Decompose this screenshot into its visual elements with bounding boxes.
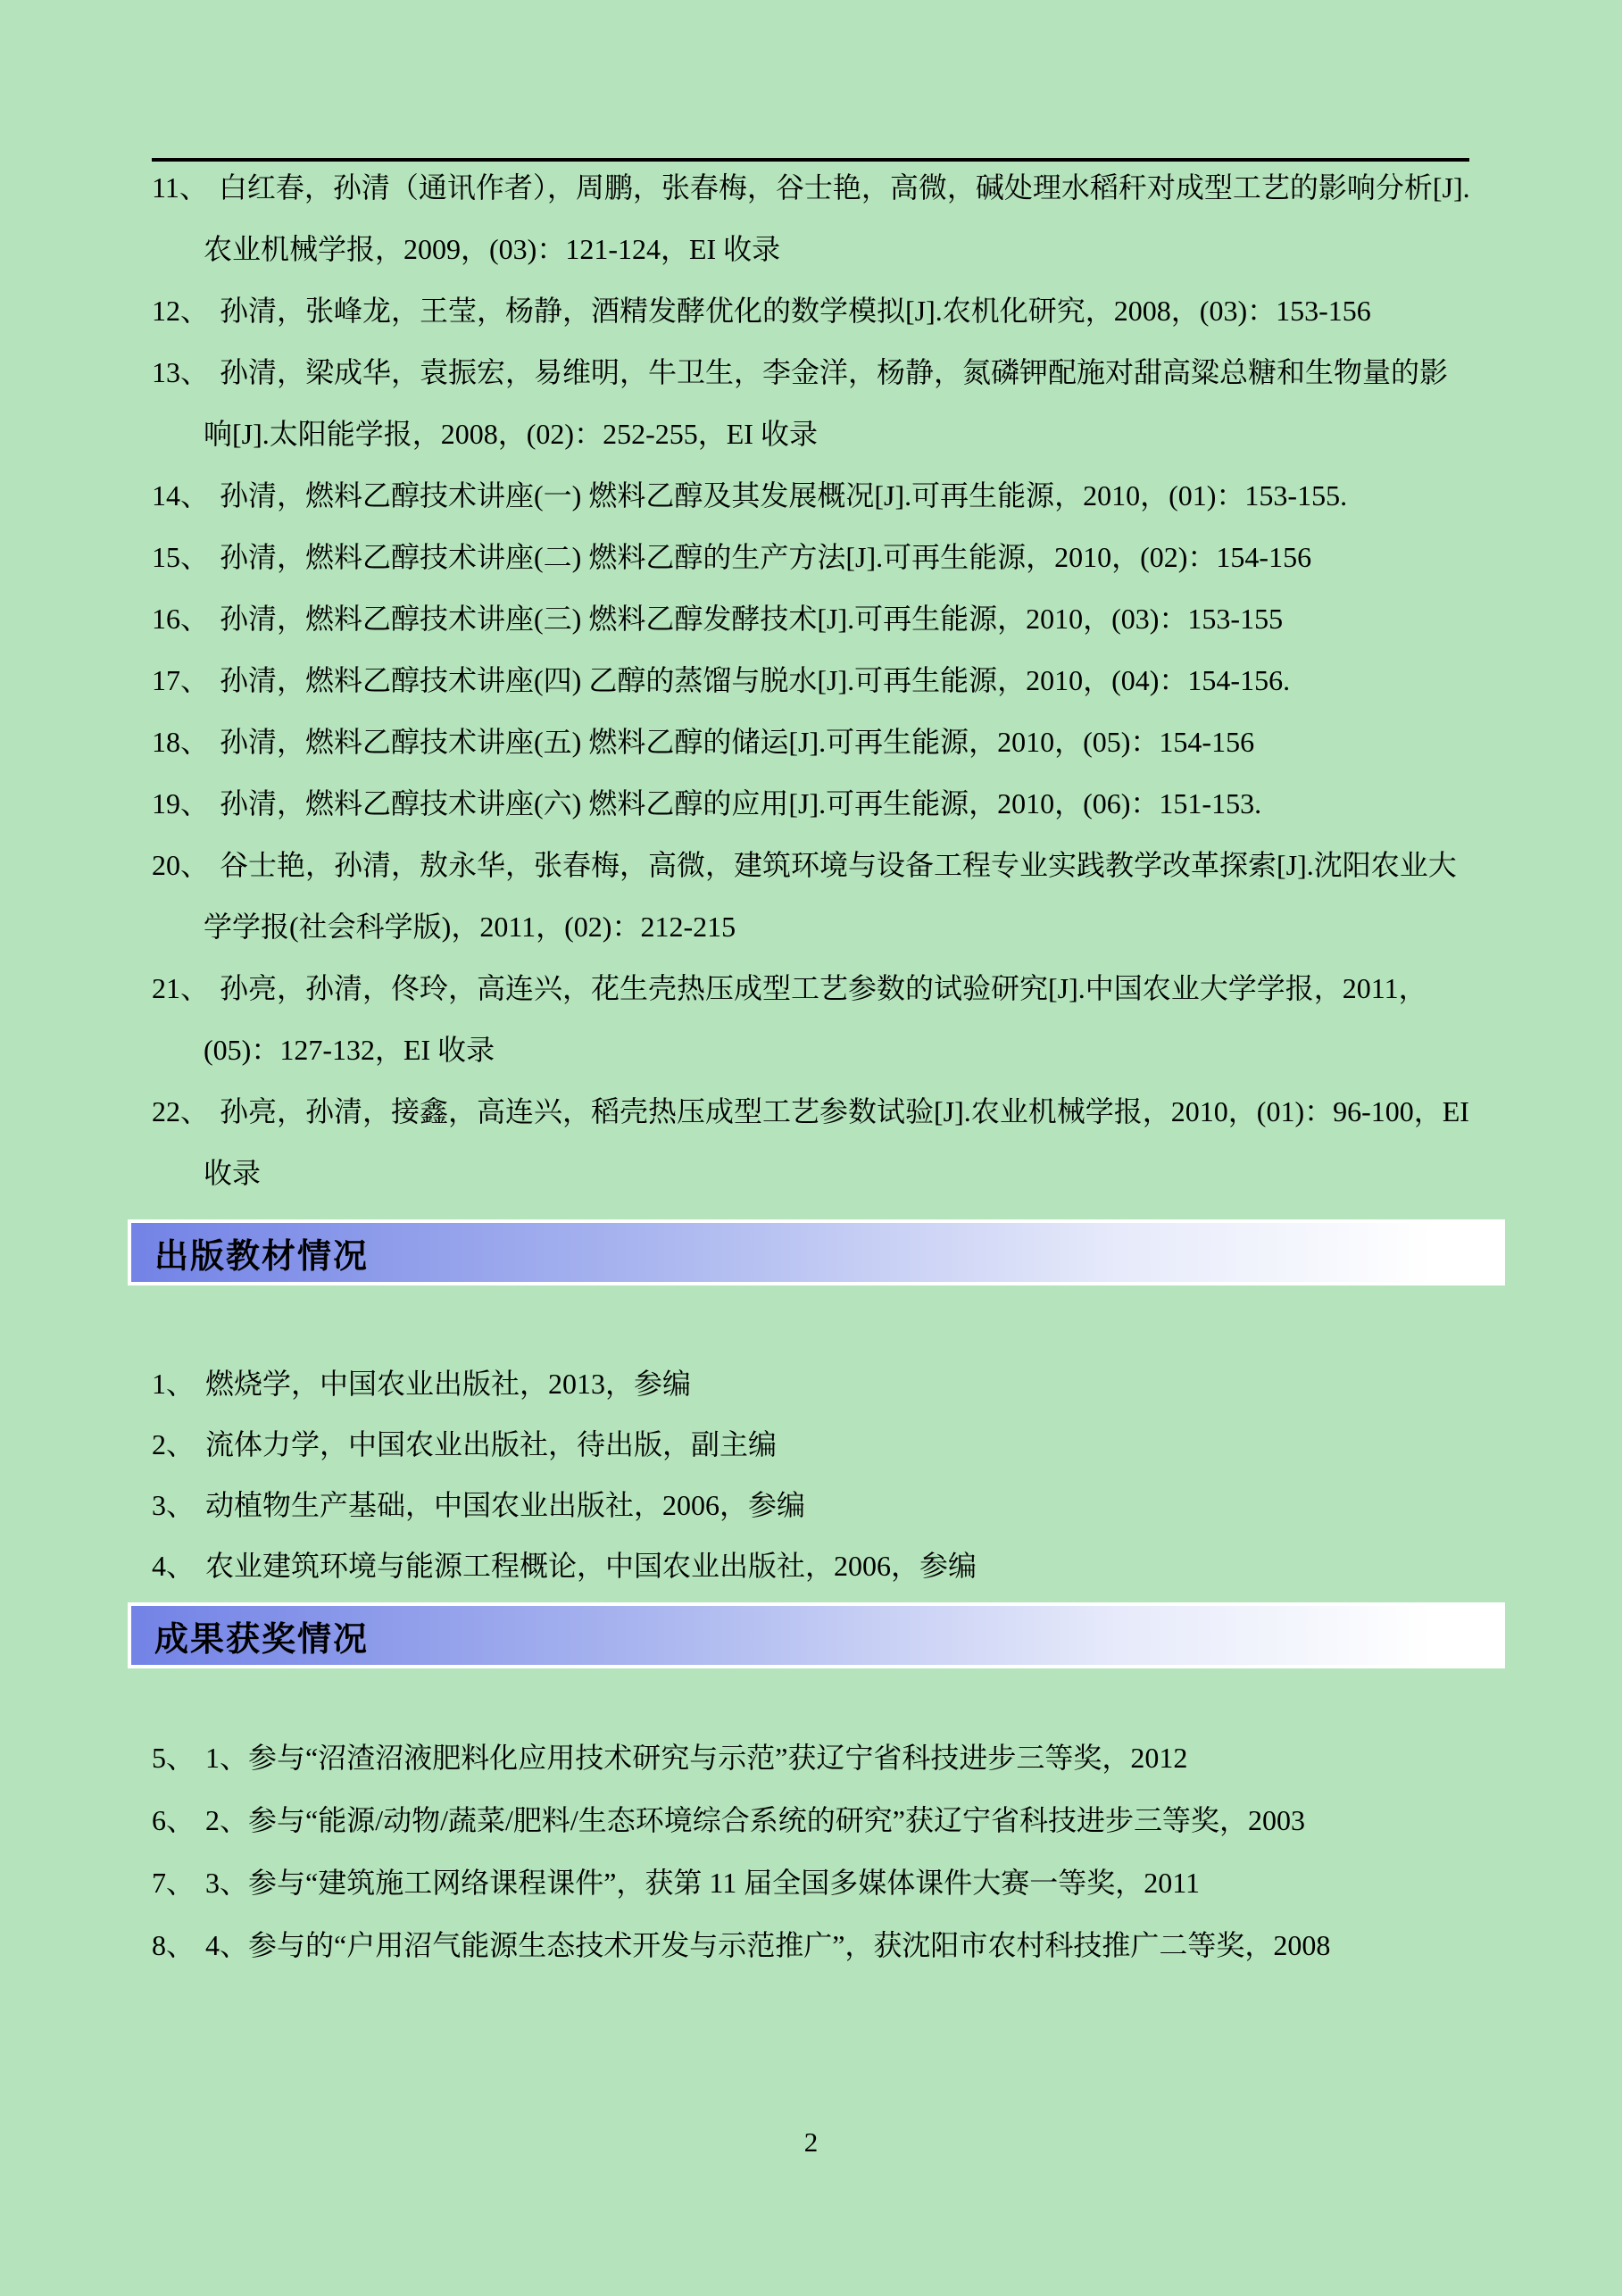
item-number: 19、 <box>152 787 209 819</box>
item-text: 农业建筑环境与能源工程概论，中国农业出版社，2006，参编 <box>205 1550 977 1582</box>
item-text: 孙清，燃料乙醇技术讲座(五) 燃料乙醇的储运[J].可再生能源，2010，(05… <box>220 726 1254 758</box>
item-text: 谷士艳，孙清，敖永华，张春梅，高微，建筑环境与设备工程专业实践教学改革探索[J]… <box>204 849 1457 943</box>
publication-item: 13、孙清，梁成华，袁振宏，易维明，牛卫生，李金洋，杨静，氮磷钾配施对甜高粱总糖… <box>152 342 1476 465</box>
item-text: 1、参与“沼渣沼液肥料化应用技术研究与示范”获辽宁省科技进步三等奖，2012 <box>205 1742 1187 1774</box>
item-text: 2、参与“能源/动物/蔬菜/肥料/生态环境综合系统的研究”获辽宁省科技进步三等奖… <box>205 1804 1305 1836</box>
section-title-awards: 成果获奖情况 <box>131 1611 369 1660</box>
item-text: 动植物生产基础，中国农业出版社，2006，参编 <box>205 1489 805 1521</box>
section-header-textbooks: 出版教材情况 <box>128 1219 1505 1285</box>
textbooks-list: 1、燃烧学，中国农业出版社，2013，参编2、流体力学，中国农业出版社，待出版，… <box>152 1353 1476 1596</box>
publication-item: 11、白红春，孙清（通讯作者），周鹏，张春梅，谷士艳，高微，碱处理水稻秆对成型工… <box>152 157 1476 280</box>
item-text: 孙亮，孙清，接鑫，高连兴，稻壳热压成型工艺参数试验[J].农业机械学报，2010… <box>204 1095 1469 1189</box>
item-text: 孙清，燃料乙醇技术讲座(四) 乙醇的蒸馏与脱水[J].可再生能源，2010，(0… <box>220 664 1290 696</box>
publication-item: 18、孙清，燃料乙醇技术讲座(五) 燃料乙醇的储运[J].可再生能源，2010，… <box>152 711 1476 773</box>
item-text: 3、参与“建筑施工网络课程课件”，获第 11 届全国多媒体课件大赛一等奖，201… <box>205 1867 1200 1899</box>
textbook-item: 3、动植物生产基础，中国农业出版社，2006，参编 <box>152 1475 1476 1535</box>
item-number: 20、 <box>152 849 209 881</box>
textbook-item: 2、流体力学，中国农业出版社，待出版，副主编 <box>152 1414 1476 1475</box>
page-number: 2 <box>0 2126 1622 2159</box>
item-number: 4、 <box>152 1550 195 1582</box>
publication-item: 22、孙亮，孙清，接鑫，高连兴，稻壳热压成型工艺参数试验[J].农业机械学报，2… <box>152 1081 1476 1204</box>
item-text: 白红春，孙清（通讯作者），周鹏，张春梅，谷士艳，高微，碱处理水稻秆对成型工艺的影… <box>204 171 1470 265</box>
publication-item: 12、孙清，张峰龙，王莹，杨静，酒精发酵优化的数学模拟[J].农机化研究，200… <box>152 280 1476 342</box>
item-number: 2、 <box>152 1428 195 1460</box>
item-text: 燃烧学，中国农业出版社，2013，参编 <box>205 1368 691 1400</box>
publication-item: 17、孙清，燃料乙醇技术讲座(四) 乙醇的蒸馏与脱水[J].可再生能源，2010… <box>152 650 1476 711</box>
item-text: 孙清，张峰龙，王莹，杨静，酒精发酵优化的数学模拟[J].农机化研究，2008，(… <box>220 295 1371 327</box>
item-number: 1、 <box>152 1368 195 1400</box>
item-text: 孙亮，孙清，佟玲，高连兴，花生壳热压成型工艺参数的试验研究[J].中国农业大学学… <box>204 972 1427 1066</box>
item-number: 8、 <box>152 1929 195 1961</box>
publications-list: 11、白红春，孙清（通讯作者），周鹏，张春梅，谷士艳，高微，碱处理水稻秆对成型工… <box>152 157 1476 1204</box>
item-number: 16、 <box>152 603 209 635</box>
item-number: 3、 <box>152 1489 195 1521</box>
item-number: 22、 <box>152 1095 209 1127</box>
textbook-item: 1、燃烧学，中国农业出版社，2013，参编 <box>152 1353 1476 1414</box>
document-page: 11、白红春，孙清（通讯作者），周鹏，张春梅，谷士艳，高微，碱处理水稻秆对成型工… <box>0 0 1622 2296</box>
award-item: 8、4、参与的“户用沼气能源生态技术开发与示范推广”，获沈阳市农村科技推广二等奖… <box>152 1914 1476 1976</box>
awards-list: 5、1、参与“沼渣沼液肥料化应用技术研究与示范”获辽宁省科技进步三等奖，2012… <box>152 1726 1476 1976</box>
item-text: 流体力学，中国农业出版社，待出版，副主编 <box>205 1428 777 1460</box>
award-item: 7、3、参与“建筑施工网络课程课件”，获第 11 届全国多媒体课件大赛一等奖，2… <box>152 1851 1476 1914</box>
item-text: 孙清，燃料乙醇技术讲座(二) 燃料乙醇的生产方法[J].可再生能源，2010，(… <box>220 541 1311 573</box>
item-text: 4、参与的“户用沼气能源生态技术开发与示范推广”，获沈阳市农村科技推广二等奖，2… <box>205 1929 1330 1961</box>
item-number: 5、 <box>152 1742 195 1774</box>
publication-item: 19、孙清，燃料乙醇技术讲座(六) 燃料乙醇的应用[J].可再生能源，2010，… <box>152 773 1476 835</box>
award-item: 5、1、参与“沼渣沼液肥料化应用技术研究与示范”获辽宁省科技进步三等奖，2012 <box>152 1726 1476 1789</box>
item-number: 18、 <box>152 726 209 758</box>
item-number: 11、 <box>152 171 208 204</box>
publication-item: 20、谷士艳，孙清，敖永华，张春梅，高微，建筑环境与设备工程专业实践教学改革探索… <box>152 835 1476 958</box>
item-number: 6、 <box>152 1804 195 1836</box>
item-number: 13、 <box>152 356 209 388</box>
item-text: 孙清，燃料乙醇技术讲座(一) 燃料乙醇及其发展概况[J].可再生能源，2010，… <box>220 479 1347 512</box>
item-number: 7、 <box>152 1867 195 1899</box>
publication-item: 15、孙清，燃料乙醇技术讲座(二) 燃料乙醇的生产方法[J].可再生能源，201… <box>152 527 1476 588</box>
item-number: 15、 <box>152 541 209 573</box>
item-number: 21、 <box>152 972 209 1004</box>
item-text: 孙清，梁成华，袁振宏，易维明，牛卫生，李金洋，杨静，氮磷钾配施对甜高粱总糖和生物… <box>204 356 1448 450</box>
item-number: 12、 <box>152 295 209 327</box>
publication-item: 21、孙亮，孙清，佟玲，高连兴，花生壳热压成型工艺参数的试验研究[J].中国农业… <box>152 958 1476 1081</box>
item-text: 孙清，燃料乙醇技术讲座(三) 燃料乙醇发酵技术[J].可再生能源，2010，(0… <box>220 603 1283 635</box>
publication-item: 16、孙清，燃料乙醇技术讲座(三) 燃料乙醇发酵技术[J].可再生能源，2010… <box>152 588 1476 650</box>
section-title-textbooks: 出版教材情况 <box>131 1228 369 1277</box>
item-text: 孙清，燃料乙醇技术讲座(六) 燃料乙醇的应用[J].可再生能源，2010，(06… <box>220 787 1261 819</box>
publication-item: 14、孙清，燃料乙醇技术讲座(一) 燃料乙醇及其发展概况[J].可再生能源，20… <box>152 465 1476 527</box>
item-number: 14、 <box>152 479 209 512</box>
section-header-awards: 成果获奖情况 <box>128 1602 1505 1668</box>
item-number: 17、 <box>152 664 209 696</box>
textbook-item: 4、农业建筑环境与能源工程概论，中国农业出版社，2006，参编 <box>152 1535 1476 1596</box>
award-item: 6、2、参与“能源/动物/蔬菜/肥料/生态环境综合系统的研究”获辽宁省科技进步三… <box>152 1789 1476 1851</box>
